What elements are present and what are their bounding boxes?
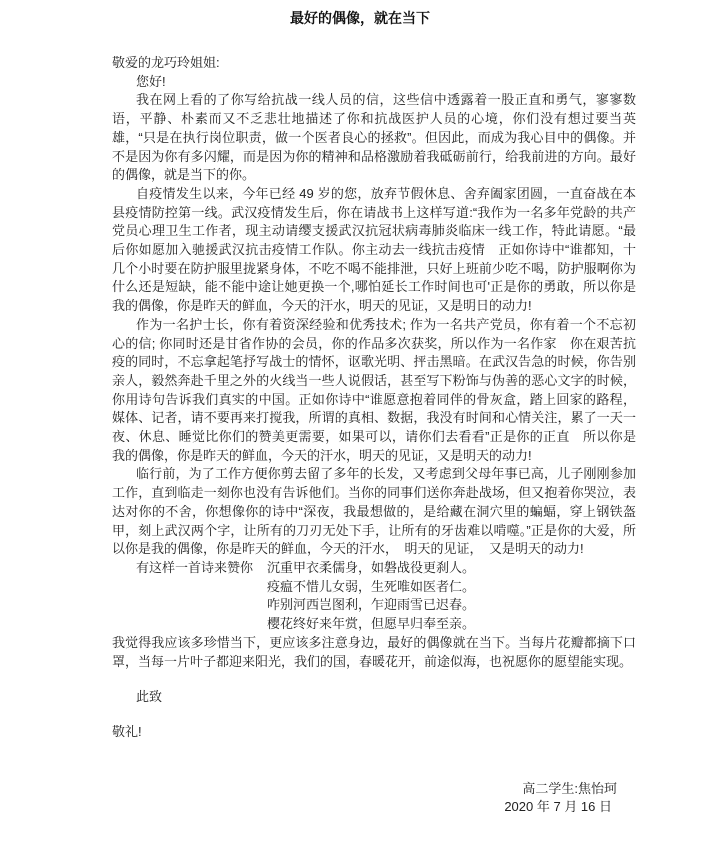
poem-intro: 有这样一首诗来赞你 — [112, 559, 253, 578]
letter-page: 最好的偶像，就在当下 敬爱的龙巧玲姐姐: 您好! 我在网上看的了你写给抗战一线人… — [0, 0, 720, 864]
letter-closing-paragraph: 我觉得我应该多珍惜当下，更应该多注意身边，最好的偶像就在当下。当每片花瓣都摘下口… — [112, 634, 636, 671]
poem-verse-2: 疫瘟不惜儿女弱，生死唯如医者仁。 — [267, 578, 475, 597]
poem-verse-3: 咋别河西岂图利，乍迎雨雪已迟春。 — [267, 596, 475, 615]
letter-paragraph-4: 临行前，为了工作方便你剪去留了多年的长发，又考虑到父母年事已高，儿子刚刚参加工作… — [112, 465, 636, 559]
letter-greeting: 您好! — [112, 73, 636, 92]
letter-paragraph-2: 自疫情发生以来，今年已经 49 岁的您，放弃节假休息、舍弃阖家团圆，一直奋战在本… — [112, 185, 636, 316]
letter-date: 2020 年 7 月 16 日 — [112, 798, 636, 817]
poem-verse-1: 沉重甲衣柔儒身，如磐战役更刹人。 — [267, 559, 475, 578]
letter-jingli: 敬礼! — [112, 723, 636, 742]
poem-block: 有这样一首诗来赞你 沉重甲衣柔儒身，如磐战役更刹人。 疫瘟不惜儿女弱，生死唯如医… — [112, 559, 636, 634]
letter-cizhi: 此致 — [112, 688, 636, 707]
letter-paragraph-3: 作为一名护士长，你有着资深经验和优秀技术; 作为一名共产党员，你有着一个不忘初心… — [112, 316, 636, 466]
letter-paragraph-1: 我在网上看的了你写给抗战一线人员的信，这些信中透露着一股正直和勇气，寥寥数语，平… — [112, 91, 636, 185]
letter-signature: 高二学生:焦怡珂 — [112, 780, 636, 799]
poem-verses: 沉重甲衣柔儒身，如磐战役更刹人。 疫瘟不惜儿女弱，生死唯如医者仁。 咋别河西岂图… — [267, 559, 475, 634]
poem-verse-4: 樱花终好来年赏，但愿早归奉至亲。 — [267, 615, 475, 634]
letter-title: 最好的偶像，就在当下 — [98, 8, 622, 28]
letter-salutation: 敬爱的龙巧玲姐姐: — [112, 54, 636, 73]
